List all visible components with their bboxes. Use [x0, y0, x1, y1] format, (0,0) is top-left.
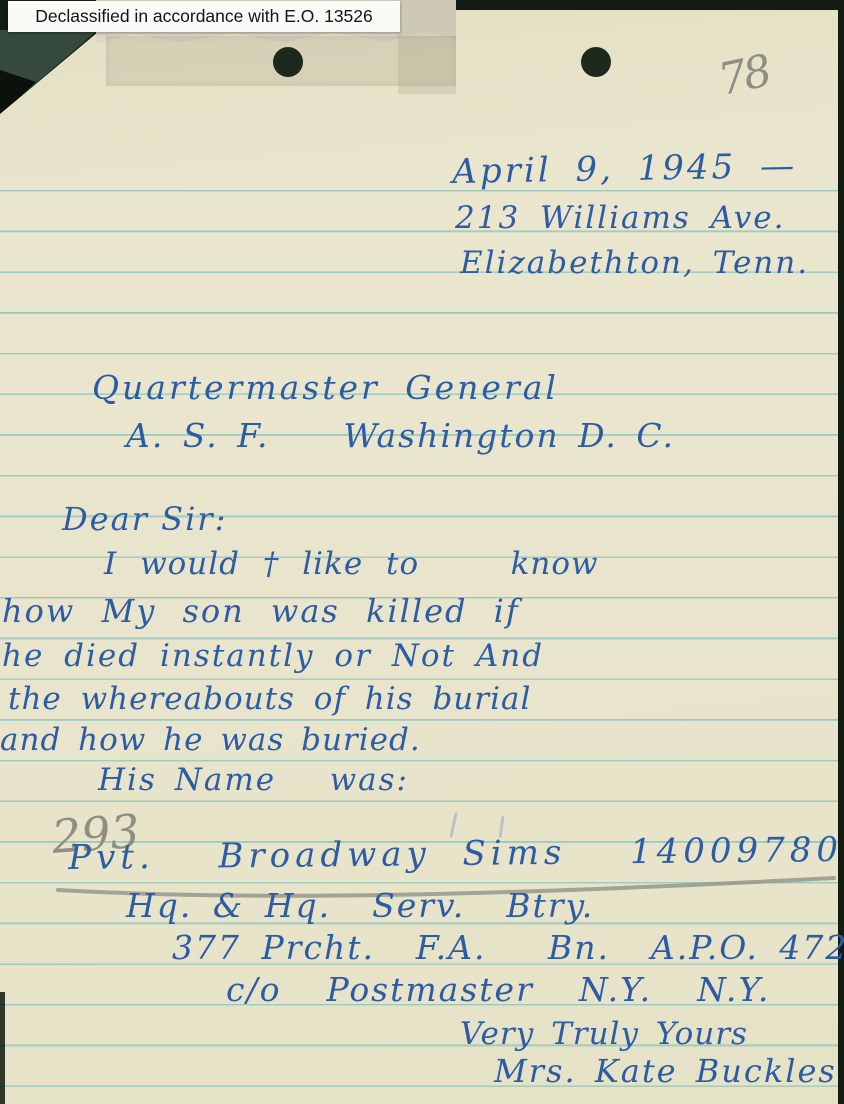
- page-edge-shadow: [0, 992, 5, 1104]
- hole-punch-right: [581, 47, 611, 77]
- declassification-stamp-text: Declassified in accordance with E.O. 135…: [35, 6, 373, 27]
- recipient-line-1: Quartermaster General: [92, 368, 559, 407]
- body-line-1: I would † like to know: [104, 546, 599, 582]
- soldier-unit-line-1: Hq. & Hq. Serv. Btry.: [126, 886, 594, 925]
- scanned-letter-document: Declassified in accordance with E.O. 135…: [0, 0, 844, 1104]
- soldier-unit-line-3: c/o Postmaster N.Y. N.Y.: [226, 970, 770, 1009]
- closing-signature: Mrs. Kate Buckles: [494, 1052, 837, 1090]
- dateline-street: 213 Williams Ave.: [455, 200, 785, 236]
- pencil-page-number: 78: [714, 46, 774, 106]
- closing-valediction: Very Truly Yours: [460, 1016, 748, 1052]
- body-line-4: the whereabouts of his burial: [8, 681, 531, 717]
- dateline-date: April 9, 1945 —: [452, 146, 797, 192]
- recipient-line-2: A. S. F. Washington D. C.: [126, 416, 675, 455]
- dateline-city: Elizabethton, Tenn.: [460, 245, 809, 281]
- hole-punch-left: [273, 47, 303, 77]
- body-line-5: and how he was buried.: [0, 722, 421, 758]
- salutation: Dear Sir:: [62, 500, 227, 538]
- tape-strip-vertical: [398, 0, 456, 94]
- body-line-6: His Name was:: [98, 762, 409, 798]
- declassification-stamp: Declassified in accordance with E.O. 135…: [8, 1, 400, 32]
- soldier-name-line: Pvt. Broadway Sims 14009780: [68, 830, 843, 878]
- soldier-unit-line-2: 377 Prcht. F.A. Bn. A.P.O. 472: [172, 928, 844, 967]
- body-line-2: how My son was killed if: [2, 592, 520, 630]
- body-line-3: he died instantly or Not And: [2, 638, 544, 674]
